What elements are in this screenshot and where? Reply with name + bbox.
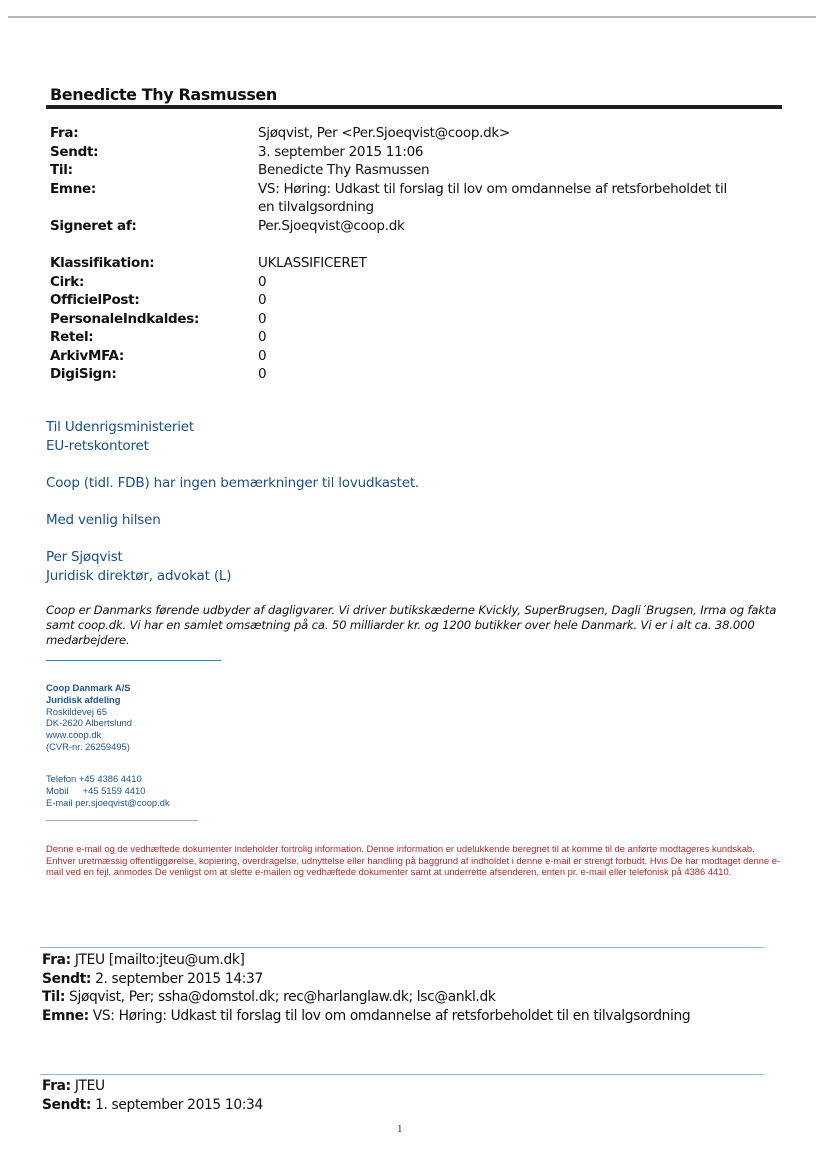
meta-value-signed: Per.Sjoeqvist@coop.dk <box>258 217 738 236</box>
cvr-number: (CVR-nr. 26259495) <box>46 741 132 753</box>
mobile-row: Mobil +45 5159 4410 <box>46 785 170 797</box>
forwarded-header-2: Fra: JTEU Sendt: 1. september 2015 10:34 <box>42 1077 263 1114</box>
meta-value-sent: 3. september 2015 11:06 <box>258 143 738 162</box>
meta-label: Signeret af: <box>50 217 258 236</box>
closing: Med venlig hilsen <box>46 511 161 530</box>
company-name: Coop Danmark A/S <box>46 682 132 694</box>
fw1-sent: 2. september 2015 14:37 <box>95 971 263 987</box>
classification-metadata: Klassifikation: UKLASSIFICERET Cirk: 0 O… <box>50 254 738 384</box>
signer: Per Sjøqvist Juridisk direktør, advokat … <box>46 548 231 585</box>
class-value: 0 <box>258 347 738 366</box>
greeting-line-2: EU-retskontoret <box>46 437 194 456</box>
class-value: 0 <box>258 365 738 384</box>
meta-row-signed: Signeret af: Per.Sjoeqvist@coop.dk <box>50 217 738 236</box>
mobile-label: Mobil <box>46 785 80 797</box>
class-value: UKLASSIFICERET <box>258 254 738 273</box>
forwarded-header-1: Fra: JTEU [mailto:jteu@um.dk] Sendt: 2. … <box>42 951 690 1025</box>
class-value: 0 <box>258 273 738 292</box>
top-divider <box>8 16 816 18</box>
phone-label: Telefon <box>46 773 76 784</box>
class-row: OfficielPost: 0 <box>50 291 738 310</box>
class-row: Klassifikation: UKLASSIFICERET <box>50 254 738 273</box>
class-label: PersonaleIndkaldes: <box>50 310 258 329</box>
department: Juridisk afdeling <box>46 694 132 706</box>
signature-contact: Telefon +45 4386 4410 Mobil +45 5159 441… <box>46 773 170 808</box>
class-value: 0 <box>258 310 738 329</box>
header-divider <box>46 105 782 109</box>
city: DK-2620 Albertslund <box>46 717 132 729</box>
class-label: ArkivMFA: <box>50 347 258 366</box>
forward-divider-1 <box>40 947 764 948</box>
fw2-sent-label: Sendt: <box>42 1097 91 1113</box>
forward-divider-2 <box>40 1074 764 1075</box>
class-label: OfficielPost: <box>50 291 258 310</box>
fw2-sent-row: Sendt: 1. september 2015 10:34 <box>42 1096 263 1115</box>
fw1-sent-label: Sendt: <box>42 971 91 987</box>
meta-row-subject: Emne: VS: Høring: Udkast til forslag til… <box>50 180 738 217</box>
class-row: ArkivMFA: 0 <box>50 347 738 366</box>
greeting-line-1: Til Udenrigsministeriet <box>46 418 194 437</box>
fw1-to-label: Til: <box>42 989 65 1005</box>
message-text: Coop (tidl. FDB) har ingen bemærkninger … <box>46 474 419 493</box>
signer-title: Juridisk direktør, advokat (L) <box>46 567 231 586</box>
company-blurb: Coop er Danmarks førende udbyder af dagl… <box>46 603 806 648</box>
class-row: Cirk: 0 <box>50 273 738 292</box>
fw1-to: Sjøqvist, Per; ssha@domstol.dk; rec@harl… <box>69 989 495 1005</box>
meta-value-subject: VS: Høring: Udkast til forslag til lov o… <box>258 180 738 217</box>
street: Roskildevej 65 <box>46 706 132 718</box>
website-link[interactable]: www.coop.dk <box>46 729 132 741</box>
meta-value-from: Sjøqvist, Per <Per.Sjoeqvist@coop.dk> <box>258 124 738 143</box>
email-label: E-mail <box>46 797 73 808</box>
class-label: Cirk: <box>50 273 258 292</box>
meta-row-to: Til: Benedicte Thy Rasmussen <box>50 161 738 180</box>
fw1-from-row: Fra: JTEU [mailto:jteu@um.dk] <box>42 951 690 970</box>
fw2-from-label: Fra: <box>42 1078 71 1094</box>
confidentiality-disclaimer: Denne e-mail og de vedhæftede dokumenter… <box>46 843 786 878</box>
recipient-header: Benedicte Thy Rasmussen <box>50 85 277 104</box>
fw1-subject-label: Emne: <box>42 1008 89 1024</box>
mobile-number: +45 5159 4410 <box>83 785 146 796</box>
meta-label: Sendt: <box>50 143 258 162</box>
class-value: 0 <box>258 291 738 310</box>
meta-label: Emne: <box>50 180 258 217</box>
contact-divider <box>46 820 198 821</box>
email-link[interactable]: per.sjoeqvist@coop.dk <box>75 797 169 808</box>
meta-row-sent: Sendt: 3. september 2015 11:06 <box>50 143 738 162</box>
meta-row-from: Fra: Sjøqvist, Per <Per.Sjoeqvist@coop.d… <box>50 124 738 143</box>
fw1-from: JTEU [mailto:jteu@um.dk] <box>75 952 245 968</box>
class-label: DigiSign: <box>50 365 258 384</box>
phone-number: +45 4386 4410 <box>79 773 142 784</box>
fw2-from-row: Fra: JTEU <box>42 1077 263 1096</box>
meta-label: Til: <box>50 161 258 180</box>
fw2-sent: 1. september 2015 10:34 <box>95 1097 263 1113</box>
signature-divider <box>46 660 221 661</box>
fw2-from: JTEU <box>75 1078 105 1094</box>
meta-value-to: Benedicte Thy Rasmussen <box>258 161 738 180</box>
signature-address: Coop Danmark A/S Juridisk afdeling Roski… <box>46 682 132 753</box>
fw1-sent-row: Sendt: 2. september 2015 14:37 <box>42 970 690 989</box>
fw1-to-row: Til: Sjøqvist, Per; ssha@domstol.dk; rec… <box>42 988 690 1007</box>
class-row: PersonaleIndkaldes: 0 <box>50 310 738 329</box>
phone-row: Telefon +45 4386 4410 <box>46 773 170 785</box>
class-row: DigiSign: 0 <box>50 365 738 384</box>
class-label: Retel: <box>50 328 258 347</box>
class-label: Klassifikation: <box>50 254 258 273</box>
class-value: 0 <box>258 328 738 347</box>
email-metadata: Fra: Sjøqvist, Per <Per.Sjoeqvist@coop.d… <box>50 124 738 235</box>
signer-name: Per Sjøqvist <box>46 548 231 567</box>
email-row: E-mail per.sjoeqvist@coop.dk <box>46 797 170 809</box>
fw1-subject: VS: Høring: Udkast til forslag til lov o… <box>93 1008 691 1024</box>
greeting: Til Udenrigsministeriet EU-retskontoret <box>46 418 194 455</box>
fw1-subject-row: Emne: VS: Høring: Udkast til forslag til… <box>42 1007 690 1026</box>
class-row: Retel: 0 <box>50 328 738 347</box>
fw1-from-label: Fra: <box>42 952 71 968</box>
meta-label: Fra: <box>50 124 258 143</box>
page-number: 1 <box>397 1123 403 1135</box>
